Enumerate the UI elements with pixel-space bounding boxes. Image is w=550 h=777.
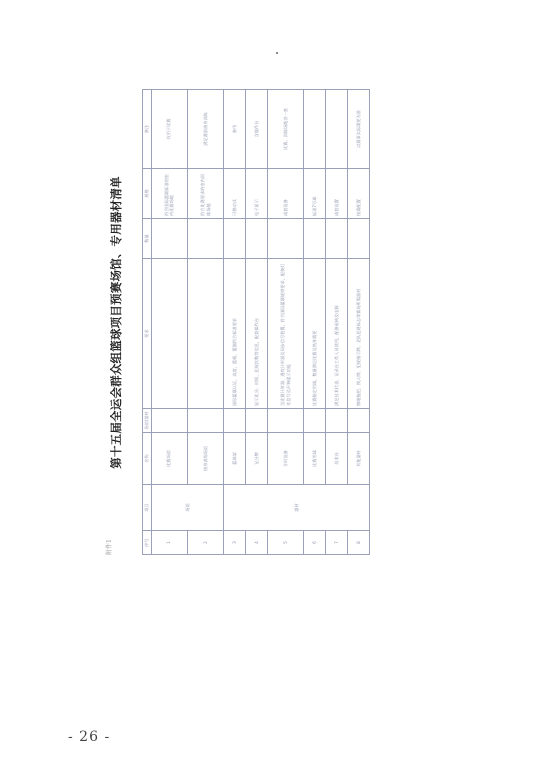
table-cell: [151, 409, 187, 433]
table-cell: 篮球架: [224, 433, 246, 485]
table-header-row: 序号 项目 名称 场馆/器材 要求 数量 规格 备注: [143, 90, 152, 555]
table-cell: 可移动式: [224, 169, 246, 219]
table-cell: 1: [151, 531, 187, 555]
table-cell: 技术台: [326, 433, 348, 485]
table-cell: 2: [187, 531, 223, 555]
scan-speck: [276, 52, 278, 54]
table-cell: [246, 219, 268, 259]
table-cell: 显示比分、时间、犯规次数等信息，配套操作台: [246, 259, 268, 409]
table-cell: [304, 219, 326, 259]
table-cell: 记分牌: [246, 433, 268, 485]
header-cell: 要求: [143, 259, 152, 409]
table-cell: [326, 219, 348, 259]
table-cell: 仅用于比赛: [151, 90, 187, 169]
table-cell: 备用: [224, 90, 246, 169]
table-cell: 按需配置: [348, 169, 370, 219]
header-cell: 备注: [143, 90, 152, 169]
table-cell: [267, 219, 303, 259]
header-cell: 数量: [143, 219, 152, 259]
table-cell: 擦地拖把、换人牌、犯规指示牌、全队犯规标志等赛场所需器材: [348, 259, 370, 409]
table-cell: 成套设备: [267, 169, 303, 219]
table-cell: [326, 90, 348, 169]
table-cell: 标准7号球: [304, 169, 326, 219]
table-cell: [151, 219, 187, 259]
header-cell: 场馆/器材: [143, 409, 152, 433]
table-cell: [224, 409, 246, 433]
table-cell: 比赛场馆: [151, 433, 187, 485]
table-cell: [187, 409, 223, 433]
table-cell: [187, 219, 223, 259]
rotated-landscape-sheet: 附件1 第十五届全运会群众组篮球项目预赛场馆、专用器材清单 序号 项目 名称 场…: [100, 90, 372, 555]
table-cell: [304, 90, 326, 169]
table-cell: 3: [224, 531, 246, 555]
table-cell: [348, 409, 370, 433]
table-cell: [187, 259, 223, 409]
table-cell: 7: [326, 531, 348, 555]
table-cell: 含比赛计时器、进攻计时器及同步信号装置，符合国际篮联规则要求，配备灯光信号及声响…: [267, 259, 303, 409]
table-cell: 满足赛前热身训练: [187, 90, 223, 169]
table-cell: 热身训练场馆: [187, 433, 223, 485]
header-cell: 序号: [143, 531, 152, 555]
table-cell: [348, 219, 370, 259]
table-cell: 4: [246, 531, 268, 555]
header-cell: 规格: [143, 169, 152, 219]
table-cell: 场馆: [151, 485, 223, 531]
table-cell: 8: [348, 531, 370, 555]
table-row: 1场馆比赛场馆符合国际篮联标准的室内比赛场地仅用于比赛: [151, 90, 187, 555]
table-cell: 5: [267, 531, 303, 555]
document-title: 第十五届全运会群众组篮球项目预赛场馆、专用器材清单: [108, 90, 124, 555]
table-cell: [224, 219, 246, 259]
table-cell: 符合比赛要求的室内训练场地: [187, 169, 223, 219]
table-row: 3器材篮球架国际篮联认证，高度、篮板、篮圈符合标准要求可移动式备用: [224, 90, 246, 555]
table-cell: 以赛事实际需要为准: [348, 90, 370, 169]
table-cell: 国际篮联认证，高度、篮板、篮圈符合标准要求: [224, 259, 246, 409]
header-cell: 名称: [143, 433, 152, 485]
table-cell: 6: [304, 531, 326, 555]
table-cell: 比赛指定用球，数量满足比赛及热身需要: [304, 259, 326, 409]
table-cell: 比赛用球: [304, 433, 326, 485]
table-cell: [326, 409, 348, 433]
table-cell: 其他器材: [348, 433, 370, 485]
header-cell: 项目: [143, 485, 152, 531]
table-cell: 符合国际篮联标准的室内比赛场地: [151, 169, 187, 219]
table-cell: 电子显示: [246, 169, 268, 219]
table-cell: 器材: [224, 485, 370, 531]
table-cell: 比赛、训练场地各一套: [267, 90, 303, 169]
table-cell: 成套设置: [326, 169, 348, 219]
table-cell: [267, 409, 303, 433]
page-number: - 26 -: [68, 729, 110, 745]
venue-equipment-table: 序号 项目 名称 场馆/器材 要求 数量 规格 备注 1场馆比赛场馆符合国际篮联…: [142, 89, 370, 555]
table-cell: [151, 259, 187, 409]
table-cell: 满足技术代表、记录台工作人员使用，配备桌椅及电源: [326, 259, 348, 409]
table-cell: 计时设备: [267, 433, 303, 485]
table-cell: [246, 409, 268, 433]
table-cell: 含操作台: [246, 90, 268, 169]
table-cell: [304, 409, 326, 433]
